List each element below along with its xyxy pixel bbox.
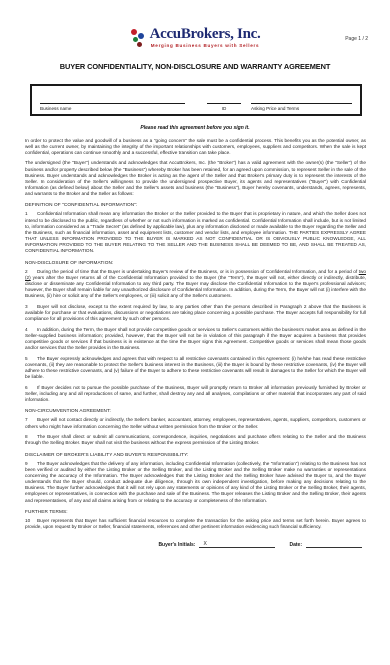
paragraph-6: 6If Buyer decides not to pursue the poss… xyxy=(25,385,366,403)
date-label: Date: xyxy=(289,542,302,548)
page-number: Page 1 / 2 xyxy=(345,36,368,42)
id-field: ID xyxy=(207,97,241,111)
buyers-initials-line[interactable]: X xyxy=(199,541,275,548)
paragraph-4-text: In addition, during the Term, the Buyer … xyxy=(25,327,366,350)
paragraph-8: 8The Buyer shall direct or submit all co… xyxy=(25,434,366,446)
paragraph-7-text: Buyer will not contact directly or indir… xyxy=(25,417,366,428)
paragraph-4: 4In addition, during the Term, the Buyer… xyxy=(25,327,366,352)
paragraph-2-text-cont: years after the Buyer returns all of the… xyxy=(25,275,366,298)
section-heading-definition: DEFINITION OF "CONFIDENTIAL INFORMATION"… xyxy=(25,202,366,208)
logo-dot-maroon xyxy=(137,42,142,47)
preamble-paragraph-text: The undersigned (the "Buyer") understand… xyxy=(25,160,366,196)
document-title: BUYER CONFIDENTIALITY, NON-DISCLOSURE AN… xyxy=(0,62,390,71)
section-heading-non-disclosure: NON-DISCLOSURE OF INFORMATION: xyxy=(25,260,366,266)
paragraph-1-text: Confidential Information shall mean any … xyxy=(25,211,366,253)
business-name-field: Business name xyxy=(40,97,185,111)
brand-name: AccuBrokers, Inc. xyxy=(150,26,261,42)
asking-price-blank-line[interactable] xyxy=(251,97,352,104)
section-heading-further-terms: FURTHER TERMS: xyxy=(25,509,366,515)
agreement-document-page: AccuBrokers, Inc. Merging Business Buyer… xyxy=(0,0,390,665)
signature-row: Buyer's Initials: X Date: xyxy=(0,541,390,548)
paragraph-8-text: The Buyer shall direct or submit all com… xyxy=(25,434,366,445)
logo-dots-icon xyxy=(130,28,147,48)
intro-paragraph-text: In order to protect the value and goodwi… xyxy=(25,138,366,155)
section-heading-disclaimer: DISCLAIMER OF BROKER'S LIABILITY AND BUY… xyxy=(25,452,366,458)
date-line[interactable] xyxy=(306,542,362,548)
paragraph-10: 10Buyer represents that Buyer has suffic… xyxy=(25,518,366,530)
preamble-paragraph: The undersigned (the "Buyer") understand… xyxy=(25,160,366,197)
paragraph-5-text: The Buyer expressly acknowledges and agr… xyxy=(25,356,366,379)
listing-info-box: Business name ID Asking Price and Terms xyxy=(30,84,362,116)
logo-dot-red xyxy=(131,29,137,35)
buyers-initials-label: Buyer's Initials: xyxy=(158,542,195,548)
id-blank-line[interactable] xyxy=(207,97,241,104)
read-before-sign-notice: Please read this agreement before you si… xyxy=(0,125,390,131)
paragraph-1: 1Confidential Information shall mean any… xyxy=(25,211,366,254)
paragraph-2-text: During the period of time that the Buyer… xyxy=(37,269,359,274)
accubrokers-logo: AccuBrokers, Inc. Merging Business Buyer… xyxy=(130,26,261,48)
document-header: AccuBrokers, Inc. Merging Business Buyer… xyxy=(0,0,390,53)
paragraph-2: 2During the period of time that the Buye… xyxy=(25,269,366,300)
brand-tagline: Merging Business Buyers with Sellers xyxy=(150,43,261,48)
business-name-blank-line[interactable] xyxy=(40,97,185,104)
paragraph-9-text: The Buyer acknowledges that the delivery… xyxy=(25,461,366,503)
logo-dot-blue xyxy=(138,33,144,39)
section-heading-non-circumvention: NON-CIRCUMVENTION AGREEMENT: xyxy=(25,408,366,414)
paragraph-6-text: If Buyer decides not to pursue the possi… xyxy=(25,385,366,402)
intro-paragraph: In order to protect the value and goodwi… xyxy=(25,138,366,156)
brand-block: AccuBrokers, Inc. Merging Business Buyer… xyxy=(150,26,261,48)
business-name-label: Business name xyxy=(40,106,185,111)
paragraph-3-text: Buyer will not disclose, except to the e… xyxy=(25,304,366,321)
logo-dot-green xyxy=(133,37,138,42)
asking-price-field: Asking Price and Terms xyxy=(251,97,352,111)
paragraph-3: 3Buyer will not disclose, except to the … xyxy=(25,304,366,322)
asking-price-label: Asking Price and Terms xyxy=(251,106,352,111)
id-label: ID xyxy=(207,106,241,111)
paragraph-5: 5The Buyer expressly acknowledges and ag… xyxy=(25,356,366,381)
paragraph-7: 7Buyer will not contact directly or indi… xyxy=(25,417,366,429)
paragraph-9: 9The Buyer acknowledges that the deliver… xyxy=(25,461,366,504)
paragraph-10-text: Buyer represents that Buyer has sufficie… xyxy=(25,518,366,529)
agreement-body: In order to protect the value and goodwi… xyxy=(0,138,390,531)
